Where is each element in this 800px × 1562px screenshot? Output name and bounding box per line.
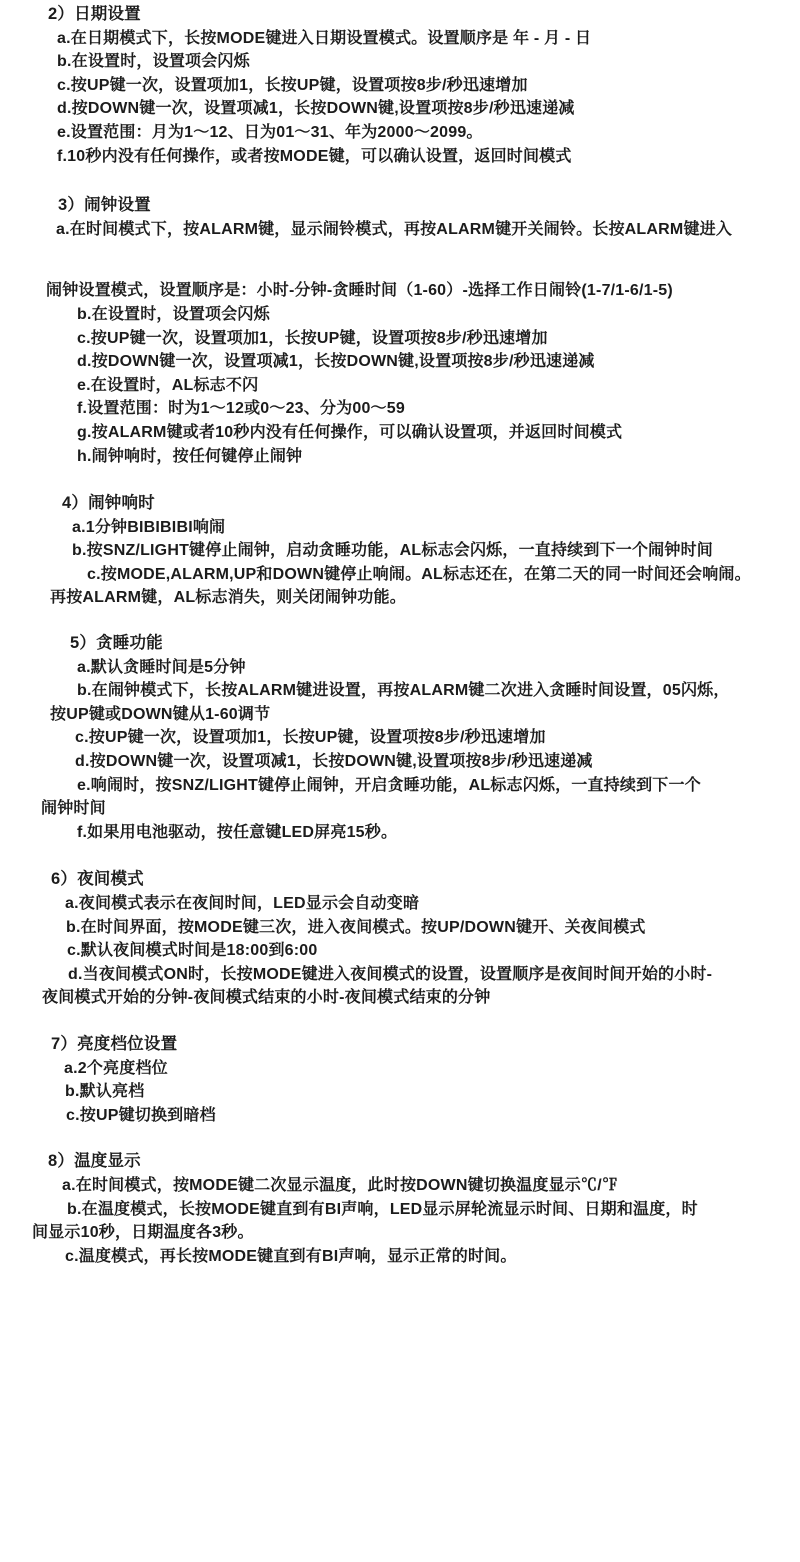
instruction-line: b.按SNZ/LIGHT键停止闹钟，启动贪睡功能，AL标志会闪烁，一直持续到下一…	[0, 539, 800, 563]
instruction-line: a.2个亮度档位	[0, 1057, 800, 1081]
instruction-line: b.在闹钟模式下，长按ALARM键进设置，再按ALARM键二次进入贪睡时间设置，…	[0, 679, 800, 703]
section-heading: 3）闹钟设置	[0, 194, 800, 218]
instruction-line: b.在时间界面，按MODE键三次，进入夜间模式。按UP/DOWN键开、关夜间模式	[0, 916, 800, 940]
instruction-line: d.按DOWN键一次，设置项减1，长按DOWN键,设置项按8步/秒迅速递减	[0, 750, 800, 774]
instruction-line: e.设置范围：月为1～12、日为01～31、年为2000～2099。	[0, 121, 800, 145]
instruction-line: a.1分钟BIBIBIBI响闹	[0, 516, 800, 540]
section-heading: 5）贪睡功能	[0, 632, 800, 656]
instruction-line: a.夜间模式表示在夜间时间，LED显示会自动变暗	[0, 892, 800, 916]
instruction-line: 再按ALARM键，AL标志消失，则关闭闹钟功能。	[0, 586, 800, 610]
instruction-line: 闹钟设置模式，设置顺序是：小时-分钟-贪睡时间（1-60）-选择工作日闹铃(1-…	[0, 279, 800, 303]
instruction-line: b.在设置时，设置项会闪烁	[0, 50, 800, 74]
instruction-line: f.如果用电池驱动，按任意键LED屏亮15秒。	[0, 821, 800, 845]
instruction-line: c.按UP键切换到暗档	[0, 1104, 800, 1128]
instruction-line: c.按UP键一次，设置项加1，长按UP键，设置项按8步/秒迅速增加	[0, 726, 800, 750]
instruction-line: b.在温度模式，长按MODE键直到有BI声响，LED显示屏轮流显示时间、日期和温…	[0, 1198, 800, 1222]
section-alarm-ringing: 4）闹钟响时 a.1分钟BIBIBIBI响闹 b.按SNZ/LIGHT键停止闹钟…	[0, 492, 800, 610]
section-date-settings: 2）日期设置 a.在日期模式下，长按MODE键进入日期设置模式。设置顺序是 年 …	[0, 3, 800, 168]
section-heading: 8）温度显示	[0, 1150, 800, 1174]
manual-page: 2）日期设置 a.在日期模式下，长按MODE键进入日期设置模式。设置顺序是 年 …	[0, 0, 800, 1562]
instruction-line: d.按DOWN键一次，设置项减1，长按DOWN键,设置项按8步/秒迅速递减	[0, 97, 800, 121]
instruction-line: c.默认夜间模式时间是18:00到6:00	[0, 939, 800, 963]
instruction-line: 按UP键或DOWN键从1-60调节	[0, 703, 800, 727]
section-heading: 4）闹钟响时	[0, 492, 800, 516]
instruction-line: c.按UP键一次，设置项加1，长按UP键，设置项按8步/秒迅速增加	[0, 327, 800, 351]
instruction-line: d.按DOWN键一次，设置项减1，长按DOWN键,设置项按8步/秒迅速递减	[0, 350, 800, 374]
instruction-line: c.按MODE,ALARM,UP和DOWN键停止响闹。AL标志还在，在第二天的同…	[0, 563, 800, 587]
instruction-line: 闹钟时间	[0, 797, 800, 821]
instruction-line: f.10秒内没有任何操作，或者按MODE键，可以确认设置，返回时间模式	[0, 145, 800, 169]
instruction-line: e.响闹时，按SNZ/LIGHT键停止闹钟，开启贪睡功能，AL标志闪烁，一直持续…	[0, 774, 800, 798]
instruction-line: a.默认贪睡时间是5分钟	[0, 656, 800, 680]
section-temperature-display: 8）温度显示 a.在时间模式，按MODE键二次显示温度，此时按DOWN键切换温度…	[0, 1150, 800, 1268]
instruction-line: a.在日期模式下，长按MODE键进入日期设置模式。设置顺序是 年 - 月 - 日	[0, 27, 800, 51]
section-night-mode: 6）夜间模式 a.夜间模式表示在夜间时间，LED显示会自动变暗 b.在时间界面，…	[0, 868, 800, 1010]
instruction-line: 夜间模式开始的分钟-夜间模式结束的小时-夜间模式结束的分钟	[0, 986, 800, 1010]
instruction-line: f.设置范围：时为1～12或0～23、分为00～59	[0, 397, 800, 421]
section-brightness-settings: 7）亮度档位设置 a.2个亮度档位 b.默认亮档 c.按UP键切换到暗档	[0, 1033, 800, 1127]
instruction-line: g.按ALARM键或者10秒内没有任何操作，可以确认设置项，并返回时间模式	[0, 421, 800, 445]
instruction-line: e.在设置时，AL标志不闪	[0, 374, 800, 398]
instruction-line: c.按UP键一次，设置项加1，长按UP键，设置项按8步/秒迅速增加	[0, 74, 800, 98]
section-alarm-settings: 3）闹钟设置 a.在时间模式下，按ALARM键，显示闹铃模式，再按ALARM键开…	[0, 194, 800, 468]
instruction-line: b.默认亮档	[0, 1080, 800, 1104]
section-heading: 7）亮度档位设置	[0, 1033, 800, 1057]
instruction-line: 间显示10秒，日期温度各3秒。	[0, 1221, 800, 1245]
instruction-line: b.在设置时，设置项会闪烁	[0, 303, 800, 327]
instruction-line: h.闹钟响时，按任何键停止闹钟	[0, 445, 800, 469]
instruction-line: a.在时间模式，按MODE键二次显示温度，此时按DOWN键切换温度显示℃/℉	[0, 1174, 800, 1198]
section-heading: 6）夜间模式	[0, 868, 800, 892]
instruction-line: d.当夜间模式ON时，长按MODE键进入夜间模式的设置，设置顺序是夜间时间开始的…	[0, 963, 800, 987]
section-snooze-function: 5）贪睡功能 a.默认贪睡时间是5分钟 b.在闹钟模式下，长按ALARM键进设置…	[0, 632, 800, 844]
section-heading: 2）日期设置	[0, 3, 800, 27]
instruction-line: a.在时间模式下，按ALARM键，显示闹铃模式，再按ALARM键开关闹铃。长按A…	[0, 218, 800, 242]
instruction-line: c.温度模式，再长按MODE键直到有BI声响，显示正常的时间。	[0, 1245, 800, 1269]
